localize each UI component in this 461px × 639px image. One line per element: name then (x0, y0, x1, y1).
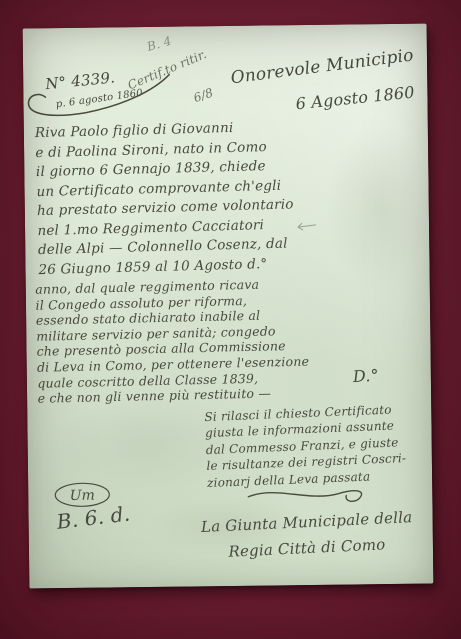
circled-mark-text: Um (70, 488, 95, 504)
pencil-margin-mark (295, 221, 317, 231)
addressee-line: Onorevole Municipio (230, 45, 415, 88)
ditto-mark: D.° (352, 366, 379, 387)
registry-flourish (23, 69, 174, 123)
pencil-note: B. 4 (145, 34, 173, 54)
fraction-note: 6/8 (192, 85, 215, 105)
petition-body-upper: Riva Paolo figlio di Giovanni e di Paoli… (35, 117, 296, 280)
petition-body-lower: anno, dal quale reggimento ricava il Con… (35, 276, 310, 407)
municipal-response: Si rilasci il chiesto Certificato giusta… (204, 401, 407, 491)
header-date: 6 Agosto 1860 (295, 83, 416, 114)
document-paper: B. 4 Certif.to ritir. 6/8 N° 4339. p. 6 … (23, 24, 434, 589)
authority-line-2: Regia Città di Como (197, 534, 418, 562)
photo-mat-background: B. 4 Certif.to ritir. 6/8 N° 4339. p. 6 … (0, 0, 461, 639)
authority-line-1: La Giunta Municipale della (178, 507, 435, 537)
ink-bleedthrough-stain (324, 123, 436, 294)
signature-flourish (242, 479, 372, 507)
